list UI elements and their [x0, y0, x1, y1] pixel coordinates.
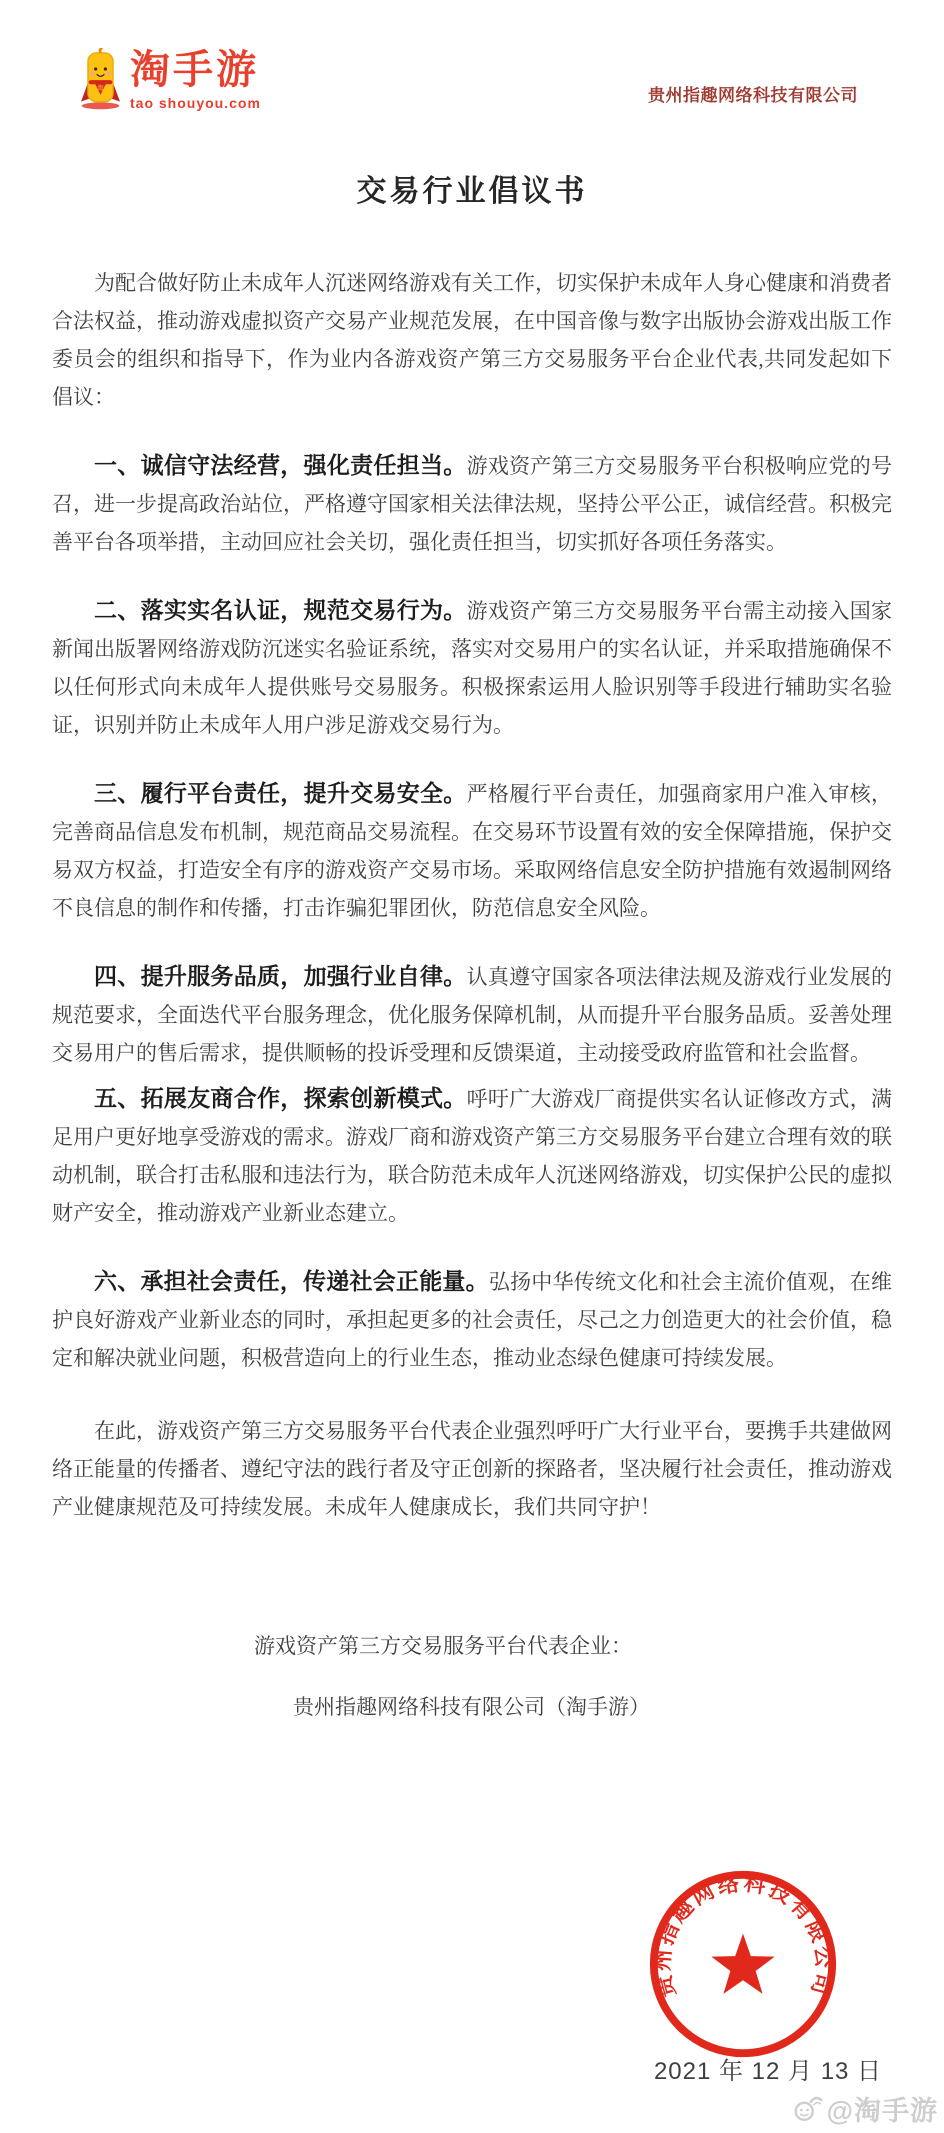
- mascot-icon: 淘: [78, 46, 123, 110]
- signature-label: 游戏资产第三方交易服务平台代表企业：: [0, 1630, 944, 1660]
- signature-company: 贵州指趣网络科技有限公司（淘手游）: [0, 1691, 944, 1721]
- section-4-heading: 四、提升服务品质，加强行业自律。: [94, 963, 467, 989]
- section-1-heading: 一、诚信守法经营，强化责任担当。: [94, 452, 467, 478]
- section-6-paragraph: 六、承担社会责任，传递社会正能量。弘扬中华传统文化和社会主流价值观，在维护良好游…: [52, 1262, 892, 1377]
- section-4-paragraph: 四、提升服务品质，加强行业自律。认真遵守国家各项法律法规及游戏行业发展的规范要求…: [52, 957, 892, 1072]
- logo-wordmark: 淘手游: [130, 50, 261, 90]
- page-header: 淘 淘手游 tao shouyou.com 贵州指趣网络科技有限公司: [0, 0, 944, 110]
- page-title: 交易行业倡议书: [0, 166, 944, 210]
- document-date: 2021 年 12 月 13 日: [588, 2051, 944, 2086]
- closing-paragraph: 在此，游戏资产第三方交易服务平台代表企业强烈呼吁广大行业平台，要携手共建做网络正…: [52, 1412, 892, 1526]
- section-5-paragraph: 五、拓展友商合作，探索创新模式。呼吁广大游戏厂商提供实名认证修改方式，满足用户更…: [52, 1079, 892, 1232]
- taoshouyou-logo: 淘 淘手游 tao shouyou.com: [78, 46, 261, 110]
- signature-block: 游戏资产第三方交易服务平台代表企业： 贵州指趣网络科技有限公司（淘手游）: [0, 1630, 944, 1721]
- watermark-mascot-icon: [791, 2094, 825, 2123]
- section-2-paragraph: 二、落实实名认证，规范交易行为。游戏资产第三方交易服务平台需主动接入国家新闻出版…: [52, 591, 892, 744]
- section-2-heading: 二、落实实名认证，规范交易行为。: [94, 597, 467, 623]
- seal-star-icon: [711, 1934, 774, 1994]
- section-6-heading: 六、承担社会责任，传递社会正能量。: [94, 1268, 489, 1294]
- document-page: 淘 淘手游 tao shouyou.com 贵州指趣网络科技有限公司 交易行业倡…: [0, 0, 944, 2133]
- watermark-text: @淘手游: [827, 2089, 938, 2128]
- section-3-paragraph: 三、履行平台责任，提升交易安全。严格履行平台责任，加强商家用户准入审核，完善商品…: [52, 774, 892, 927]
- section-1-paragraph: 一、诚信守法经营，强化责任担当。游戏资产第三方交易服务平台积极响应党的号召，进一…: [52, 446, 892, 561]
- logo-domain: tao shouyou.com: [130, 96, 261, 110]
- watermark: @淘手游: [791, 2089, 938, 2128]
- logo-badge-character: 淘: [97, 83, 103, 92]
- company-seal-stamp: 贵州指趣网络科技有限公司: [645, 1866, 841, 2062]
- document-body: 为配合做好防止未成年人沉迷网络游戏有关工作，切实保护未成年人身心健康和消费者合法…: [0, 264, 944, 1526]
- seal-graphic: 贵州指趣网络科技有限公司: [645, 1866, 841, 2062]
- section-3-heading: 三、履行平台责任，提升交易安全。: [94, 780, 467, 806]
- intro-paragraph: 为配合做好防止未成年人沉迷网络游戏有关工作，切实保护未成年人身心健康和消费者合法…: [52, 264, 892, 416]
- logo-text-block: 淘手游 tao shouyou.com: [130, 50, 261, 110]
- section-5-heading: 五、拓展友商合作，探索创新模式。: [94, 1085, 467, 1111]
- header-company-name: 贵州指趣网络科技有限公司: [648, 81, 858, 110]
